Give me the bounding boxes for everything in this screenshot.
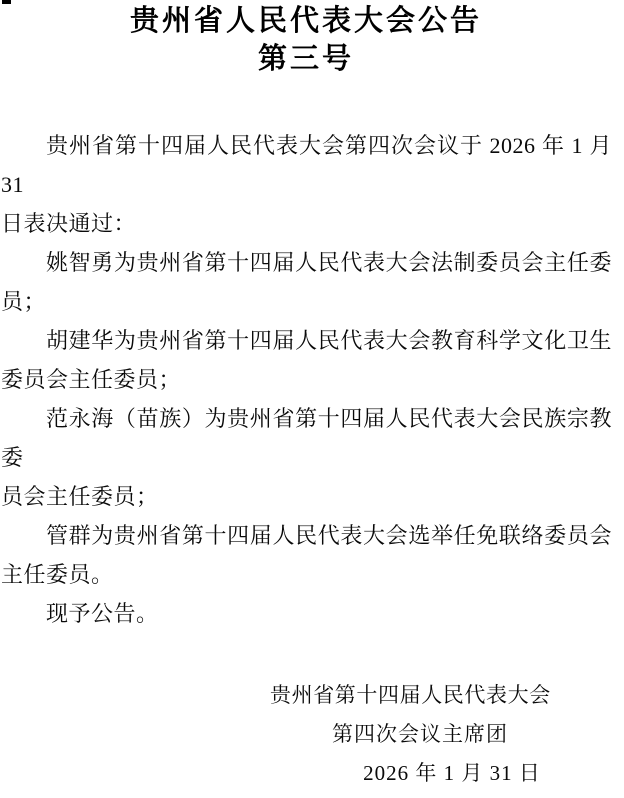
title-line-1: 贵州省人民代表大会公告: [0, 2, 612, 40]
body-line: 管群为贵州省第十四届人民代表大会选举任免联络委员会: [1, 516, 612, 555]
body-line: 主任委员。: [1, 555, 612, 594]
document-page: 贵州省人民代表大会公告 第三号 贵州省第十四届人民代表大会第四次会议于 2026…: [0, 0, 624, 798]
body-line: 范永海（苗族）为贵州省第十四届人民代表大会民族宗教委: [1, 399, 612, 477]
body-line: 贵州省第十四届人民代表大会第四次会议于 2026 年 1 月 31: [1, 126, 612, 204]
body-line: 姚智勇为贵州省第十四届人民代表大会法制委员会主任委: [1, 243, 612, 282]
signature-presidium: 第四次会议主席团: [270, 715, 560, 754]
body-line: 委员会主任委员；: [1, 360, 612, 399]
document-title: 贵州省人民代表大会公告 第三号: [0, 2, 612, 78]
signature-block: 贵州省第十四届人民代表大会 第四次会议主席团 2026 年 1 月 31 日: [270, 676, 560, 793]
body-line: 日表决通过：: [1, 204, 612, 243]
body-line: 胡建华为贵州省第十四届人民代表大会教育科学文化卫生: [1, 321, 612, 360]
signature-organization: 贵州省第十四届人民代表大会: [270, 676, 560, 715]
body-line: 员；: [1, 282, 612, 321]
document-body: 贵州省第十四届人民代表大会第四次会议于 2026 年 1 月 31日表决通过：姚…: [1, 126, 612, 633]
signature-date: 2026 年 1 月 31 日: [270, 754, 560, 793]
body-line: 员会主任委员；: [1, 477, 612, 516]
title-line-2: 第三号: [0, 40, 612, 78]
body-line: 现予公告。: [1, 594, 612, 633]
